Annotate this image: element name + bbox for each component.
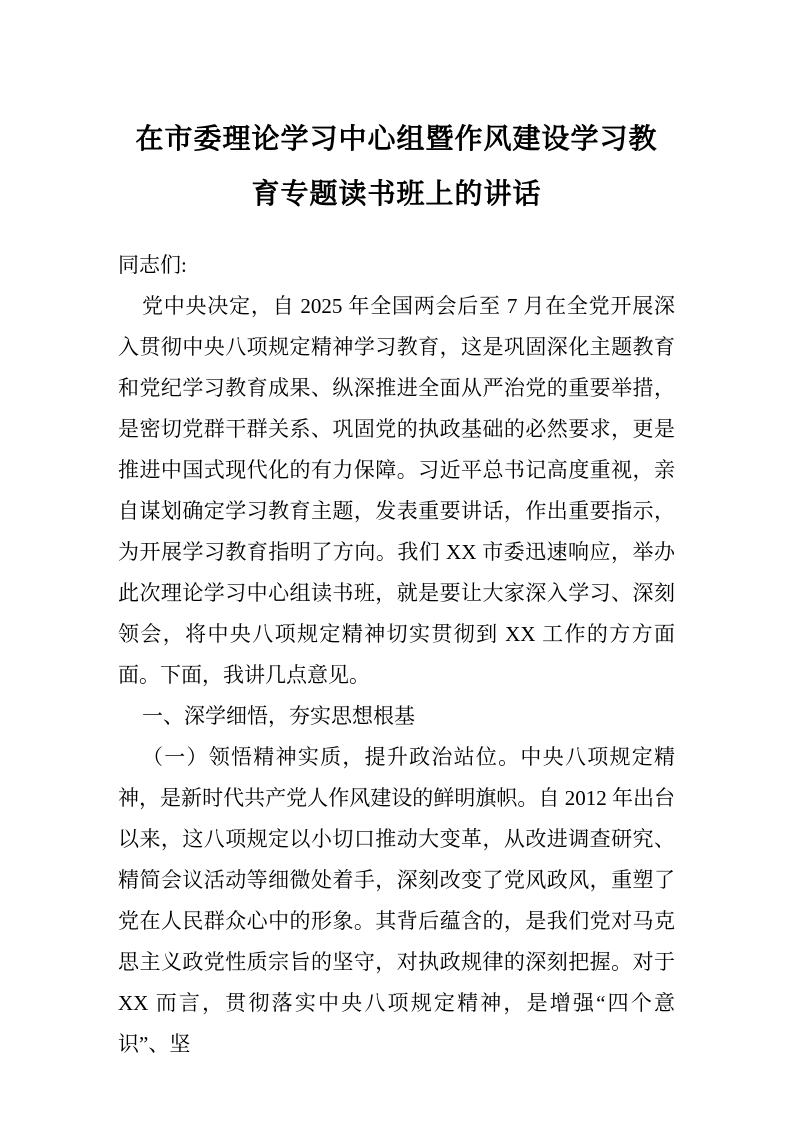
document-page: 在市委理论学习中心组暨作风建设学习教 育专题读书班上的讲话 同志们:党中央决定，…	[0, 0, 793, 1122]
title-line-1: 在市委理论学习中心组暨作风建设学习教	[118, 112, 675, 167]
document-title: 在市委理论学习中心组暨作风建设学习教 育专题读书班上的讲话	[118, 112, 675, 222]
salutation: 同志们:	[118, 245, 675, 286]
title-line-2: 育专题读书班上的讲话	[118, 167, 675, 222]
body-paragraph: 党中央决定，自 2025 年全国两会后至 7 月在全党开展深入贯彻中央八项规定精…	[118, 286, 675, 696]
section-heading: 一、深学细悟，夯实思想根基	[118, 696, 675, 737]
body-paragraph: （一）领悟精神实质，提升政治站位。中央八项规定精神，是新时代共产党人作风建设的鲜…	[118, 737, 675, 1065]
document-body: 同志们:党中央决定，自 2025 年全国两会后至 7 月在全党开展深入贯彻中央八…	[118, 245, 675, 1065]
